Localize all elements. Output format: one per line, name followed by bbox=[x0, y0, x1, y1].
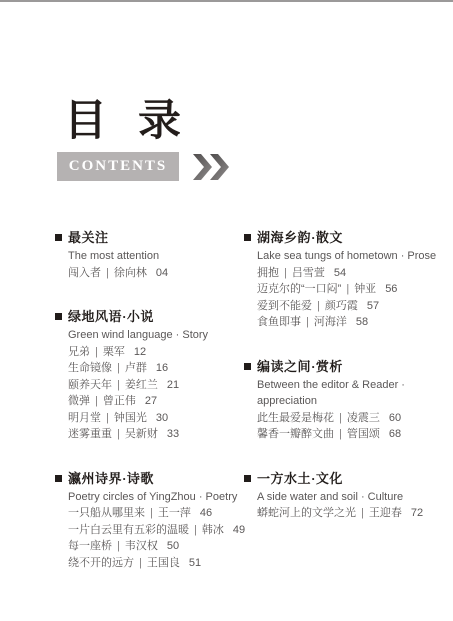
section-subtitle-text: Poetry circles of YingZhou · Poetry bbox=[68, 489, 250, 506]
entry-author: 王迎春 bbox=[369, 507, 402, 519]
entry-author: 徐向林 bbox=[114, 267, 147, 279]
entry-separator: | bbox=[106, 267, 109, 279]
toc-entry: 生命镜像|卢群16 bbox=[68, 360, 250, 377]
entry-author: 凌震三 bbox=[347, 412, 380, 424]
entry-page-number: 68 bbox=[389, 428, 401, 440]
section-item-list: 此生最爱是梅花|凌震三60 馨香一瓣醉文曲|管国颂68 bbox=[244, 410, 439, 443]
entry-title: 爱到不能爱 bbox=[257, 300, 312, 312]
section-title-text: 瀛州诗界·诗歌 bbox=[68, 470, 154, 487]
entry-title: 蟒蛇河上的文学之光 bbox=[257, 507, 356, 519]
section-heading: 绿地风语·小说 bbox=[55, 308, 250, 325]
entry-author: 管国颂 bbox=[347, 428, 380, 440]
toc-entry: 迈克尔的“一口闷”|钟亚56 bbox=[257, 281, 439, 298]
section-title-text: 一方水土·文化 bbox=[257, 470, 343, 487]
section-heading: 编读之间·赏析 bbox=[244, 358, 439, 375]
entry-separator: | bbox=[139, 557, 142, 569]
toc-entry: 爱到不能爱|颜巧霞57 bbox=[257, 298, 439, 315]
toc-entry: 闯入者|徐向林04 bbox=[68, 265, 250, 282]
entry-separator: | bbox=[339, 428, 342, 440]
entry-title: 拥抱 bbox=[257, 267, 279, 279]
section-item-list: 兄弟|栗军12 生命镜像|卢群16 颐养天年|姜红兰21 微弹|曾正伟27 明月… bbox=[55, 344, 250, 443]
toc-entry: 明月堂|钟国光30 bbox=[68, 410, 250, 427]
entry-separator: | bbox=[194, 524, 197, 536]
entry-author: 韦汉权 bbox=[125, 540, 158, 552]
entry-page-number: 60 bbox=[389, 412, 401, 424]
entry-title: 绕不开的远方 bbox=[68, 557, 134, 569]
entry-page-number: 27 bbox=[145, 395, 157, 407]
section-title-text: 绿地风语·小说 bbox=[68, 308, 154, 325]
top-rule-divider bbox=[0, 0, 453, 2]
entry-page-number: 51 bbox=[189, 557, 201, 569]
section-item-list: 蟒蛇河上的文学之光|王迎春72 bbox=[244, 505, 439, 522]
entry-page-number: 50 bbox=[167, 540, 179, 552]
entry-title: 食鱼即事 bbox=[257, 316, 301, 328]
entry-title: 明月堂 bbox=[68, 412, 101, 424]
entry-page-number: 54 bbox=[334, 267, 346, 279]
section-subtitle-text: A side water and soil · Culture bbox=[257, 489, 439, 506]
entry-title: 生命镜像 bbox=[68, 362, 112, 374]
toc-column-left: 最关注 The most attention 闯入者|徐向林04 绿地风语·小说… bbox=[55, 229, 250, 598]
entry-separator: | bbox=[106, 412, 109, 424]
section-bullet-icon bbox=[244, 234, 251, 241]
section-subtitle-text: Green wind language · Story bbox=[68, 327, 250, 344]
entry-title: 微弹 bbox=[68, 395, 90, 407]
page-title: 目 录 bbox=[64, 96, 183, 146]
entry-author: 曾正伟 bbox=[103, 395, 136, 407]
entry-separator: | bbox=[150, 507, 153, 519]
entry-author: 颜巧霞 bbox=[325, 300, 358, 312]
entry-title: 每一座桥 bbox=[68, 540, 112, 552]
entry-title: 馨香一瓣醉文曲 bbox=[257, 428, 334, 440]
section-bullet-icon bbox=[55, 475, 62, 482]
section-title-text: 最关注 bbox=[68, 229, 109, 246]
toc-page: 目 录 CONTENTS 最关注 The most attention 闯入者|… bbox=[0, 0, 453, 621]
entry-author: 钟亚 bbox=[354, 283, 376, 295]
section-bullet-icon bbox=[244, 363, 251, 370]
entry-page-number: 57 bbox=[367, 300, 379, 312]
entry-author: 吕雪萱 bbox=[292, 267, 325, 279]
entry-page-number: 58 bbox=[356, 316, 368, 328]
entry-separator: | bbox=[361, 507, 364, 519]
entry-page-number: 12 bbox=[134, 346, 146, 358]
toc-section: 最关注 The most attention 闯入者|徐向林04 bbox=[55, 229, 250, 281]
entry-author: 河海洋 bbox=[314, 316, 347, 328]
contents-banner: CONTENTS bbox=[57, 152, 179, 181]
entry-page-number: 46 bbox=[200, 507, 212, 519]
section-heading: 一方水土·文化 bbox=[244, 470, 439, 487]
toc-section: 编读之间·赏析 Between the editor & Reader · ap… bbox=[244, 358, 439, 443]
toc-entry: 一片白云里有五彩的温暖|韩冰49 bbox=[68, 522, 250, 539]
entry-separator: | bbox=[117, 379, 120, 391]
entry-separator: | bbox=[306, 316, 309, 328]
entry-title: 兄弟 bbox=[68, 346, 90, 358]
entry-author: 卢群 bbox=[125, 362, 147, 374]
section-subtitle-text: The most attention bbox=[68, 248, 250, 265]
entry-author: 姜红兰 bbox=[125, 379, 158, 391]
toc-entry: 绕不开的远方|王国良51 bbox=[68, 555, 250, 572]
toc-entry: 食鱼即事|河海洋58 bbox=[257, 314, 439, 331]
section-item-list: 闯入者|徐向林04 bbox=[55, 265, 250, 282]
toc-section: 绿地风语·小说 Green wind language · Story 兄弟|栗… bbox=[55, 308, 250, 443]
toc-entry: 拥抱|吕雪萱54 bbox=[257, 265, 439, 282]
entry-title: 迈克尔的“一口闷” bbox=[257, 283, 341, 295]
entry-separator: | bbox=[317, 300, 320, 312]
entry-separator: | bbox=[117, 428, 120, 440]
toc-entry: 馨香一瓣醉文曲|管国颂68 bbox=[257, 426, 439, 443]
entry-page-number: 56 bbox=[385, 283, 397, 295]
entry-title: 迷雾重重 bbox=[68, 428, 112, 440]
entry-separator: | bbox=[346, 283, 349, 295]
toc-column-right: 湖海乡韵·散文 Lake sea tungs of hometown · Pro… bbox=[244, 229, 439, 549]
section-item-list: 拥抱|吕雪萱54 迈克尔的“一口闷”|钟亚56 爱到不能爱|颜巧霞57 食鱼即事… bbox=[244, 265, 439, 331]
toc-entry: 迷雾重重|吴新财33 bbox=[68, 426, 250, 443]
section-heading: 湖海乡韵·散文 bbox=[244, 229, 439, 246]
toc-entry: 一只船从哪里来|王一萍46 bbox=[68, 505, 250, 522]
section-bullet-icon bbox=[55, 313, 62, 320]
entry-author: 王一萍 bbox=[158, 507, 191, 519]
toc-entry: 颐养天年|姜红兰21 bbox=[68, 377, 250, 394]
toc-entry: 兄弟|栗军12 bbox=[68, 344, 250, 361]
entry-title: 此生最爱是梅花 bbox=[257, 412, 334, 424]
toc-entry: 每一座桥|韦汉权50 bbox=[68, 538, 250, 555]
toc-entry: 蟒蛇河上的文学之光|王迎春72 bbox=[257, 505, 439, 522]
entry-page-number: 16 bbox=[156, 362, 168, 374]
entry-title: 一只船从哪里来 bbox=[68, 507, 145, 519]
entry-title: 闯入者 bbox=[68, 267, 101, 279]
section-heading: 最关注 bbox=[55, 229, 250, 246]
entry-page-number: 72 bbox=[411, 507, 423, 519]
entry-page-number: 04 bbox=[156, 267, 168, 279]
double-chevron-right-icon bbox=[193, 154, 235, 180]
entry-page-number: 21 bbox=[167, 379, 179, 391]
entry-author: 王国良 bbox=[147, 557, 180, 569]
toc-entry: 微弹|曾正伟27 bbox=[68, 393, 250, 410]
toc-entry: 此生最爱是梅花|凌震三60 bbox=[257, 410, 439, 427]
section-title-text: 湖海乡韵·散文 bbox=[257, 229, 343, 246]
entry-page-number: 33 bbox=[167, 428, 179, 440]
entry-separator: | bbox=[117, 540, 120, 552]
entry-separator: | bbox=[284, 267, 287, 279]
entry-author: 吴新财 bbox=[125, 428, 158, 440]
section-subtitle-text: Between the editor & Reader · appreciati… bbox=[257, 377, 439, 410]
entry-separator: | bbox=[339, 412, 342, 424]
entry-separator: | bbox=[95, 346, 98, 358]
toc-section: 一方水土·文化 A side water and soil · Culture … bbox=[244, 470, 439, 522]
toc-section: 湖海乡韵·散文 Lake sea tungs of hometown · Pro… bbox=[244, 229, 439, 331]
entry-title: 一片白云里有五彩的温暖 bbox=[68, 524, 189, 536]
entry-page-number: 30 bbox=[156, 412, 168, 424]
section-title-text: 编读之间·赏析 bbox=[257, 358, 343, 375]
entry-title: 颐养天年 bbox=[68, 379, 112, 391]
entry-author: 栗军 bbox=[103, 346, 125, 358]
entry-author: 韩冰 bbox=[202, 524, 224, 536]
section-heading: 瀛州诗界·诗歌 bbox=[55, 470, 250, 487]
section-subtitle-text: Lake sea tungs of hometown · Prose bbox=[257, 248, 439, 265]
section-bullet-icon bbox=[55, 234, 62, 241]
toc-section: 瀛州诗界·诗歌 Poetry circles of YingZhou · Poe… bbox=[55, 470, 250, 572]
section-bullet-icon bbox=[244, 475, 251, 482]
entry-separator: | bbox=[95, 395, 98, 407]
section-item-list: 一只船从哪里来|王一萍46 一片白云里有五彩的温暖|韩冰49 每一座桥|韦汉权5… bbox=[55, 505, 250, 571]
contents-label: CONTENTS bbox=[69, 158, 168, 174]
entry-author: 钟国光 bbox=[114, 412, 147, 424]
entry-separator: | bbox=[117, 362, 120, 374]
